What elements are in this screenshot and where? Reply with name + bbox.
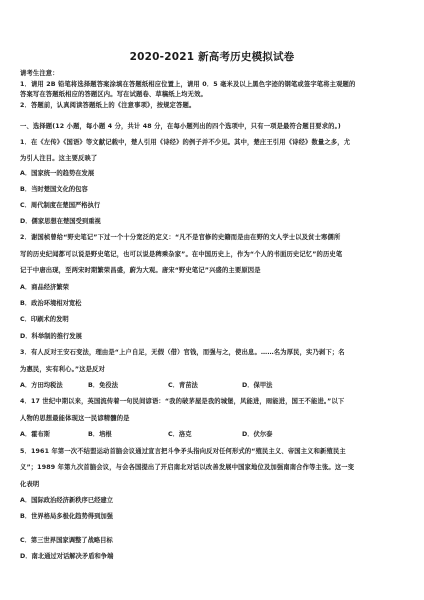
question-5-option-c: C．第三世界国家调整了战略目标 (20, 535, 113, 544)
question-5-option-d: D．南北通过对话解决矛盾和争端 (20, 551, 113, 560)
exam-title: 2020-2021 新高考历史模拟试卷 (0, 49, 424, 64)
question-5-option-b: B．世界格局多极化趋势得到加强 (20, 511, 113, 520)
question-3-option-b: B．免役法 (88, 380, 118, 389)
question-5-text: 化表明 (20, 479, 39, 488)
question-5-text: 义”；1989 年第九次首脑会议，与会各国提出了开启南北对话以改善发展中国家地位… (20, 462, 354, 471)
section-heading: 一、选择题(12 小题，每小题 4 分，共计 48 分，在每小题列出的四个选项中… (20, 121, 341, 130)
notice-item: 1．请用 2B 铅笔将选择题答案涂填在答题纸相应位置上，请用 0．5 毫米及以上… (20, 79, 355, 88)
question-2-option-c: C．印刷术的发明 (20, 314, 69, 323)
notice-item: 答案写在答题纸相应的答题区内。写在试题卷、草稿纸上均无效。 (20, 89, 207, 98)
question-1-option-b: B．当时楚国文化的包容 (20, 184, 88, 193)
question-2-text: 写的历史纪闻都可以说是野史笔记，也可以说是稗乘杂家”。在中国历史上，作为“个人的… (20, 249, 342, 258)
exam-page: 2020-2021 新高考历史模拟试卷 请考生注意： 1．请用 2B 铅笔将选择… (0, 0, 424, 600)
question-5-text: 5．1961 年第一次不结盟运动首脑会议通过宣言把斗争矛头指向反对任何形式的“殖… (20, 446, 346, 455)
question-2-text: 记于中唐出现，至两宋时期繁荣昌盛，蔚为大观。唐宋“野史笔记”兴盛的主要原因是 (20, 265, 261, 274)
question-4-option-b: B．培根 (88, 429, 112, 438)
notice-heading: 请考生注意： (20, 68, 59, 77)
question-1-option-d: D．儒家思想在楚国受到重视 (20, 216, 101, 225)
question-3-option-c: C．青苗法 (168, 380, 198, 389)
question-4-option-c: C．洛克 (168, 429, 192, 438)
notice-item: 2．答题前，认真阅读答题纸上的《注意事项》，按规定答题。 (20, 100, 195, 109)
question-1-text: 为引人注目。这主要反映了 (20, 153, 97, 162)
question-4-option-a: A．霍布斯 (20, 429, 50, 438)
question-2-text: 2．谢国桢曾给“野史笔记”下过一个十分宽泛的定义：“凡不是官修的史籍而是由在野的… (20, 232, 340, 241)
question-2-option-d: D．科举制的推行发展 (20, 331, 82, 340)
question-3-text: 3．有人反对王安石变法，理由是“上户自足，无假（借）官钱，而强与之，使出息。……… (20, 347, 345, 356)
question-2-option-b: B．政治环境相对宽松 (20, 298, 81, 307)
question-3-option-a: A．方田均税法 (20, 380, 63, 389)
question-4-option-d: D．伏尔泰 (242, 429, 272, 438)
question-2-option-a: A．商品经济繁荣 (20, 282, 69, 291)
question-5-option-a: A．国际政治经济新秩序已经建立 (20, 495, 113, 504)
question-1-text: 1．在《左传》《国语》等文献记载中，楚人引用《诗经》的例子并不少见。其中，楚庄王… (20, 137, 350, 146)
question-1-option-c: C．周代制度在楚国严格执行 (20, 200, 100, 209)
question-4-text: 人物的思想最能体现这一民谚精髓的是 (20, 413, 130, 422)
question-1-option-a: A．国家统一的趋势在发展 (20, 168, 94, 177)
question-4-text: 4．17 世纪中期以来，英国流传着一句民间谚语：“我的破茅屋是我的城堡，风能进，… (20, 396, 344, 405)
question-3-option-d: D．保甲法 (242, 380, 272, 389)
question-3-text: 为惠民，实有利心。”这是反对 (20, 364, 105, 373)
